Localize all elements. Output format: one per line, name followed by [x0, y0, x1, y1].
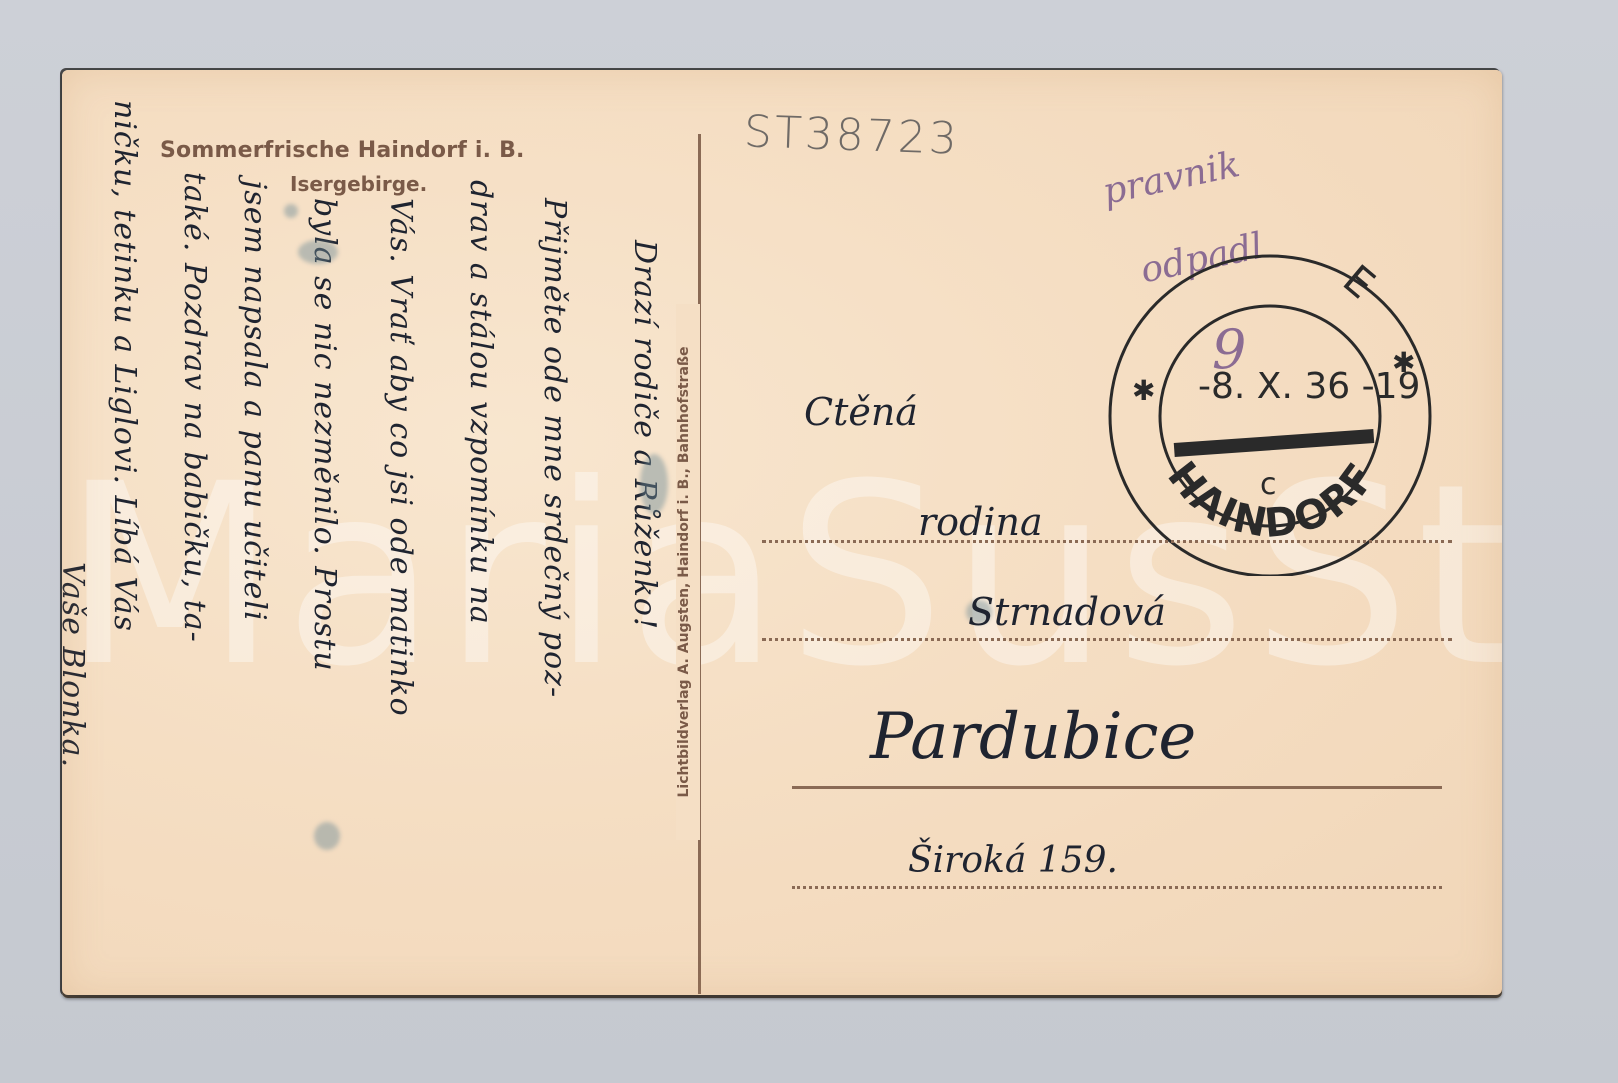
postmark-date: -8. X. 36 -19: [1198, 366, 1420, 407]
message-line-2: Přijměte ode mne srdečný poz-: [537, 198, 572, 698]
message-line-7: také. Pozdrav na babičku, ta-: [177, 172, 212, 643]
message-line-8: ničku, tetinku a Liglovi. Líbá Vás: [107, 100, 142, 632]
postcard-back: MariaSusSto Sommerfrische Haindorf i. B.…: [62, 70, 1502, 998]
message-line-1: Drazí rodiče a Růženko!: [627, 240, 662, 630]
message-line-6: jsem napsala a panu učiteli: [237, 180, 272, 622]
address-line-rule: [792, 886, 1442, 889]
pencil-note: pravnik: [1099, 144, 1243, 213]
message-line-4: Vás. Vrať aby co jsi ode matinko: [383, 198, 418, 717]
ink-stain: [298, 240, 338, 264]
address-line-rule: [762, 638, 1452, 641]
address-line-street: Široká 159.: [908, 840, 1118, 881]
postmark-top-text: E: [1334, 257, 1383, 308]
message-line-5: byla se nic nezměnilo. Prostu: [307, 198, 342, 672]
ink-stain: [284, 204, 298, 218]
postmark-stamp: ✱ ✱ -8. X. 36 -19 c E HAINDORF: [1102, 246, 1432, 576]
address-line-rule: [792, 786, 1442, 789]
stock-number: ST38723: [743, 106, 960, 164]
address-line-rule: [762, 540, 1452, 543]
ink-stain: [640, 454, 668, 514]
message-signature: Vaše Blonka.: [62, 562, 90, 768]
postcard-subtitle: Isergebirge.: [290, 172, 427, 196]
address-line-family: rodina: [918, 500, 1043, 544]
ink-stain: [314, 822, 340, 850]
address-line-surname: Strnadová: [968, 590, 1166, 634]
postmark-code: c: [1260, 467, 1277, 502]
message-line-3: drav a stálou vzpomínku na: [463, 180, 498, 625]
publisher-imprint: Lichtbildverlag A. Augsten, Haindorf i. …: [676, 304, 700, 840]
address-line-city: Pardubice: [870, 700, 1196, 774]
address-salutation: Ctěná: [804, 390, 918, 434]
svg-text:✱: ✱: [1132, 374, 1155, 407]
postcard-title: Sommerfrische Haindorf i. B.: [160, 138, 525, 163]
